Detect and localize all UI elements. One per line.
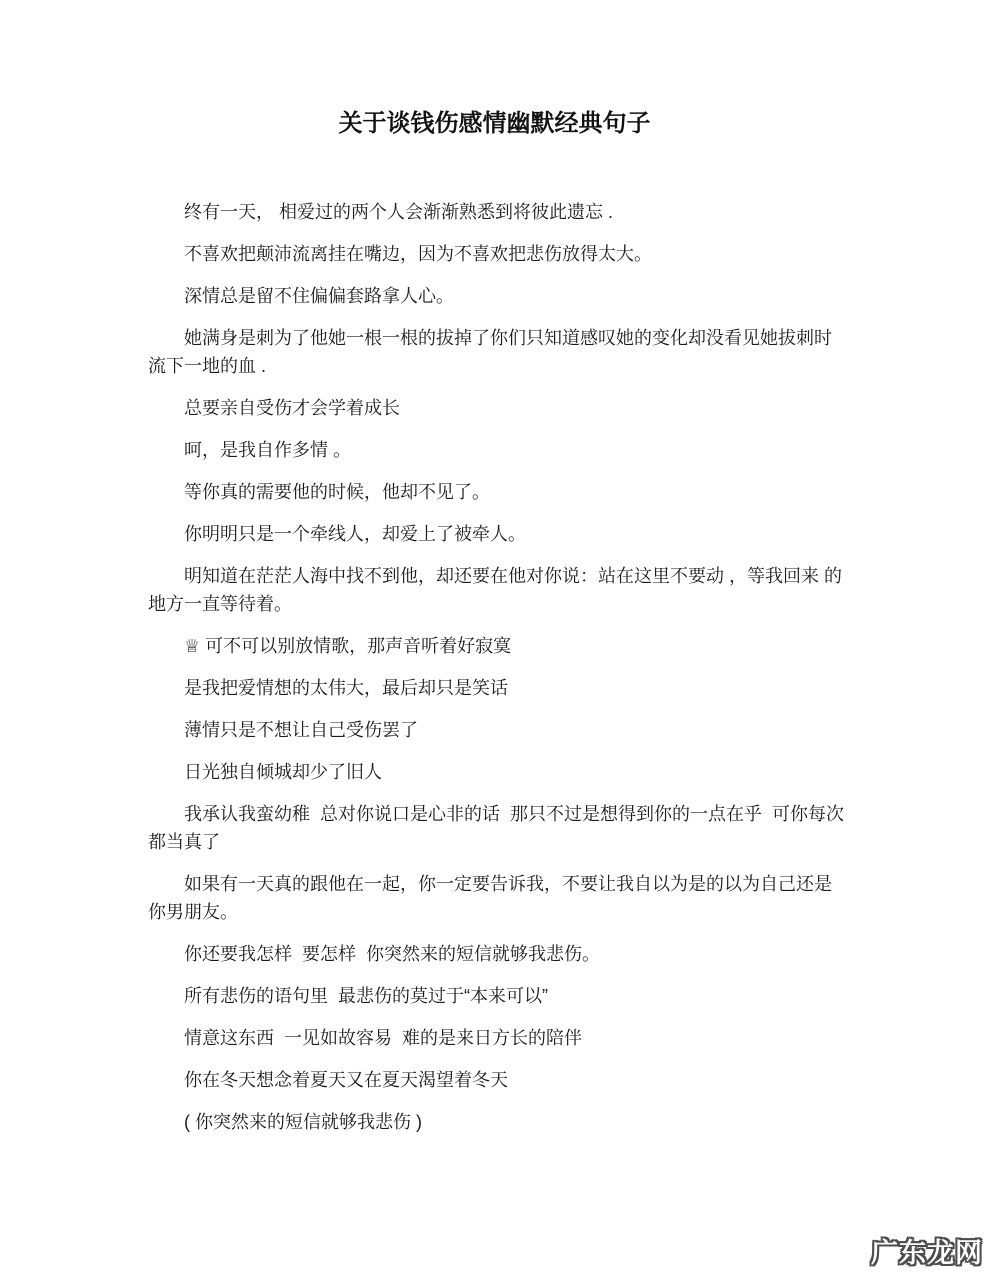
paragraph: 我承认我蛮幼稚 总对你说口是心非的话 那只不过是想得到你的一点在乎 可你每次都当… (148, 800, 848, 856)
paragraph: 终有一天， 相爱过的两个人会渐渐熟悉到将彼此遗忘 . (148, 198, 848, 226)
paragraph: 深情总是留不住偏偏套路拿人心。 (148, 282, 848, 310)
paragraph: 如果有一天真的跟他在一起，你一定要告诉我，不要让我自以为是的以为自己还是你男朋友… (148, 870, 848, 926)
paragraph: 情意这东西 一见如故容易 难的是来日方长的陪伴 (148, 1024, 848, 1052)
paragraph: 等你真的需要他的时候，他却不见了。 (148, 478, 848, 506)
paragraph: ( 你突然来的短信就够我悲伤 ) (148, 1108, 848, 1136)
document-body: 终有一天， 相爱过的两个人会渐渐熟悉到将彼此遗忘 . 不喜欢把颠沛流离挂在嘴边，… (148, 198, 848, 1136)
paragraph: 所有悲伤的语句里 最悲伤的莫过于“本来可以” (148, 982, 848, 1010)
paragraph: 薄情只是不想让自己受伤罢了 (148, 716, 848, 744)
paragraph: 总要亲自受伤才会学着成长 (148, 394, 848, 422)
paragraph: 你明明只是一个牵线人，却爱上了被牵人。 (148, 520, 848, 548)
page-title: 关于谈钱伤感情幽默经典句子 (0, 0, 989, 142)
paragraph: 她满身是刺为了他她一根一根的拔掉了你们只知道感叹她的变化却没看见她拔刺时流下一地… (148, 324, 848, 380)
paragraph: 明知道在茫茫人海中找不到他，却还要在他对你说：站在这里不要动 ，等我回来 的地方… (148, 562, 848, 618)
paragraph: 日光独自倾城却少了旧人 (148, 758, 848, 786)
watermark: 广东龙网 (871, 1231, 983, 1270)
paragraph-text: 可不可以别放情歌，那声音听着好寂寞 (200, 636, 511, 656)
paragraph: 是我把爱情想的太伟大，最后却只是笑话 (148, 674, 848, 702)
paragraph: 呵，是我自作多情 。 (148, 436, 848, 464)
document-page: 关于谈钱伤感情幽默经典句子 终有一天， 相爱过的两个人会渐渐熟悉到将彼此遗忘 .… (0, 0, 989, 1280)
paragraph: 你还要我怎样 要怎样 你突然来的短信就够我悲伤。 (148, 940, 848, 968)
paragraph: ♕ 可不可以别放情歌，那声音听着好寂寞 (148, 632, 848, 660)
paragraph: 不喜欢把颠沛流离挂在嘴边，因为不喜欢把悲伤放得太大。 (148, 240, 848, 268)
crown-icon: ♕ (184, 636, 200, 656)
paragraph: 你在冬天想念着夏天又在夏天渴望着冬天 (148, 1066, 848, 1094)
